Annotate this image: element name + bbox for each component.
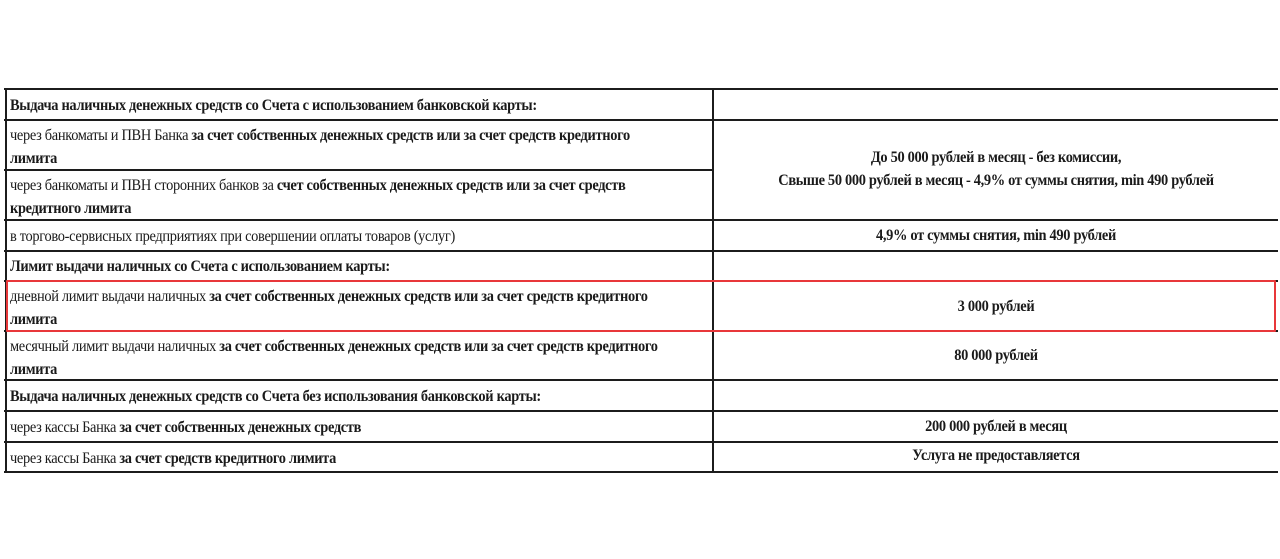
column-divider — [712, 88, 714, 473]
row-divider — [4, 441, 1278, 443]
atm-commission-value: До 50 000 рублей в месяц - без комиссии,… — [734, 146, 1259, 192]
cash-withdrawal-tariff-table: Выдача наличных денежных средств со Счет… — [6, 88, 1278, 472]
commission-line-1: До 50 000 рублей в месяц - без комиссии, — [871, 149, 1121, 166]
row-divider — [4, 119, 1278, 121]
row-label-bold: за счет собственных денежных средств или… — [219, 338, 657, 355]
row-retail-outlets: в торгово-сервисных предприятиях при сов… — [10, 225, 661, 248]
commission-line-2: Свыше 50 000 рублей в месяц - 4,9% от су… — [778, 172, 1213, 189]
row-cashdesk-credit-limit: через кассы Банка за счет средств кредит… — [10, 447, 661, 470]
section-header-text: Выдача наличных денежных средств со Счет… — [10, 97, 537, 114]
cashdesk-own-funds-value: 200 000 рублей в месяц — [734, 415, 1259, 438]
row-label-plain: через кассы Банка — [10, 419, 119, 436]
row-value: 3 000 рублей — [958, 298, 1035, 315]
row-label-bold: за счет собственных денежных средств или… — [191, 127, 629, 144]
row-divider — [4, 410, 1278, 412]
section-header-text: Лимит выдачи наличных со Счета с использ… — [10, 258, 390, 275]
row-label-plain: через банкоматы и ПВН Банка — [10, 127, 191, 144]
row-monthly-limit: месячный лимит выдачи наличных за счет с… — [10, 335, 661, 381]
daily-limit-value: 3 000 рублей — [734, 295, 1259, 318]
row-label-plain: в торгово-сервисных предприятиях при сов… — [10, 228, 455, 245]
row-value: 80 000 рублей — [954, 347, 1038, 364]
retail-commission-value: 4,9% от суммы снятия, min 490 рублей — [734, 224, 1259, 247]
row-third-party-atm: через банкоматы и ПВН сторонних банков з… — [10, 174, 661, 220]
row-value: 4,9% от суммы снятия, min 490 рублей — [876, 227, 1116, 244]
row-label-bold: за счет собственных денежных средств или… — [209, 288, 647, 305]
row-label-bold-line2: кредитного лимита — [10, 200, 131, 217]
row-label-bold: счет собственных денежных средств или за… — [277, 177, 626, 194]
table-border-left — [5, 88, 7, 473]
row-label-plain: месячный лимит выдачи наличных — [10, 338, 219, 355]
table-border-bottom — [4, 471, 1278, 473]
section-header-card-limits: Лимит выдачи наличных со Счета с использ… — [10, 255, 661, 278]
row-label-bold-line2: лимита — [10, 311, 57, 328]
row-label-bold: за счет собственных денежных средств — [119, 419, 361, 436]
row-label-bold: за счет средств кредитного лимита — [119, 450, 336, 467]
row-value: 200 000 рублей в месяц — [925, 418, 1067, 435]
row-label-bold-line2: лимита — [10, 150, 57, 167]
section-header-no-card-withdrawal: Выдача наличных денежных средств со Счет… — [10, 385, 661, 408]
row-divider — [4, 250, 1278, 252]
monthly-limit-value: 80 000 рублей — [734, 344, 1259, 367]
table-border-top — [4, 88, 1278, 90]
section-header-card-withdrawal: Выдача наличных денежных средств со Счет… — [10, 94, 661, 117]
row-label-plain: через банкоматы и ПВН сторонних банков з… — [10, 177, 277, 194]
row-label-bold-line2: лимита — [10, 361, 57, 378]
cashdesk-credit-limit-value: Услуга не предоставляется — [734, 444, 1259, 467]
row-label-plain: дневной лимит выдачи наличных — [10, 288, 209, 305]
section-header-text: Выдача наличных денежных средств со Счет… — [10, 388, 541, 405]
row-value: Услуга не предоставляется — [912, 447, 1079, 464]
row-label-plain: через кассы Банка — [10, 450, 119, 467]
row-cashdesk-own-funds: через кассы Банка за счет собственных де… — [10, 416, 661, 439]
row-daily-limit: дневной лимит выдачи наличных за счет со… — [10, 285, 661, 331]
row-divider — [4, 280, 1278, 282]
row-own-atm: через банкоматы и ПВН Банка за счет собс… — [10, 124, 661, 170]
